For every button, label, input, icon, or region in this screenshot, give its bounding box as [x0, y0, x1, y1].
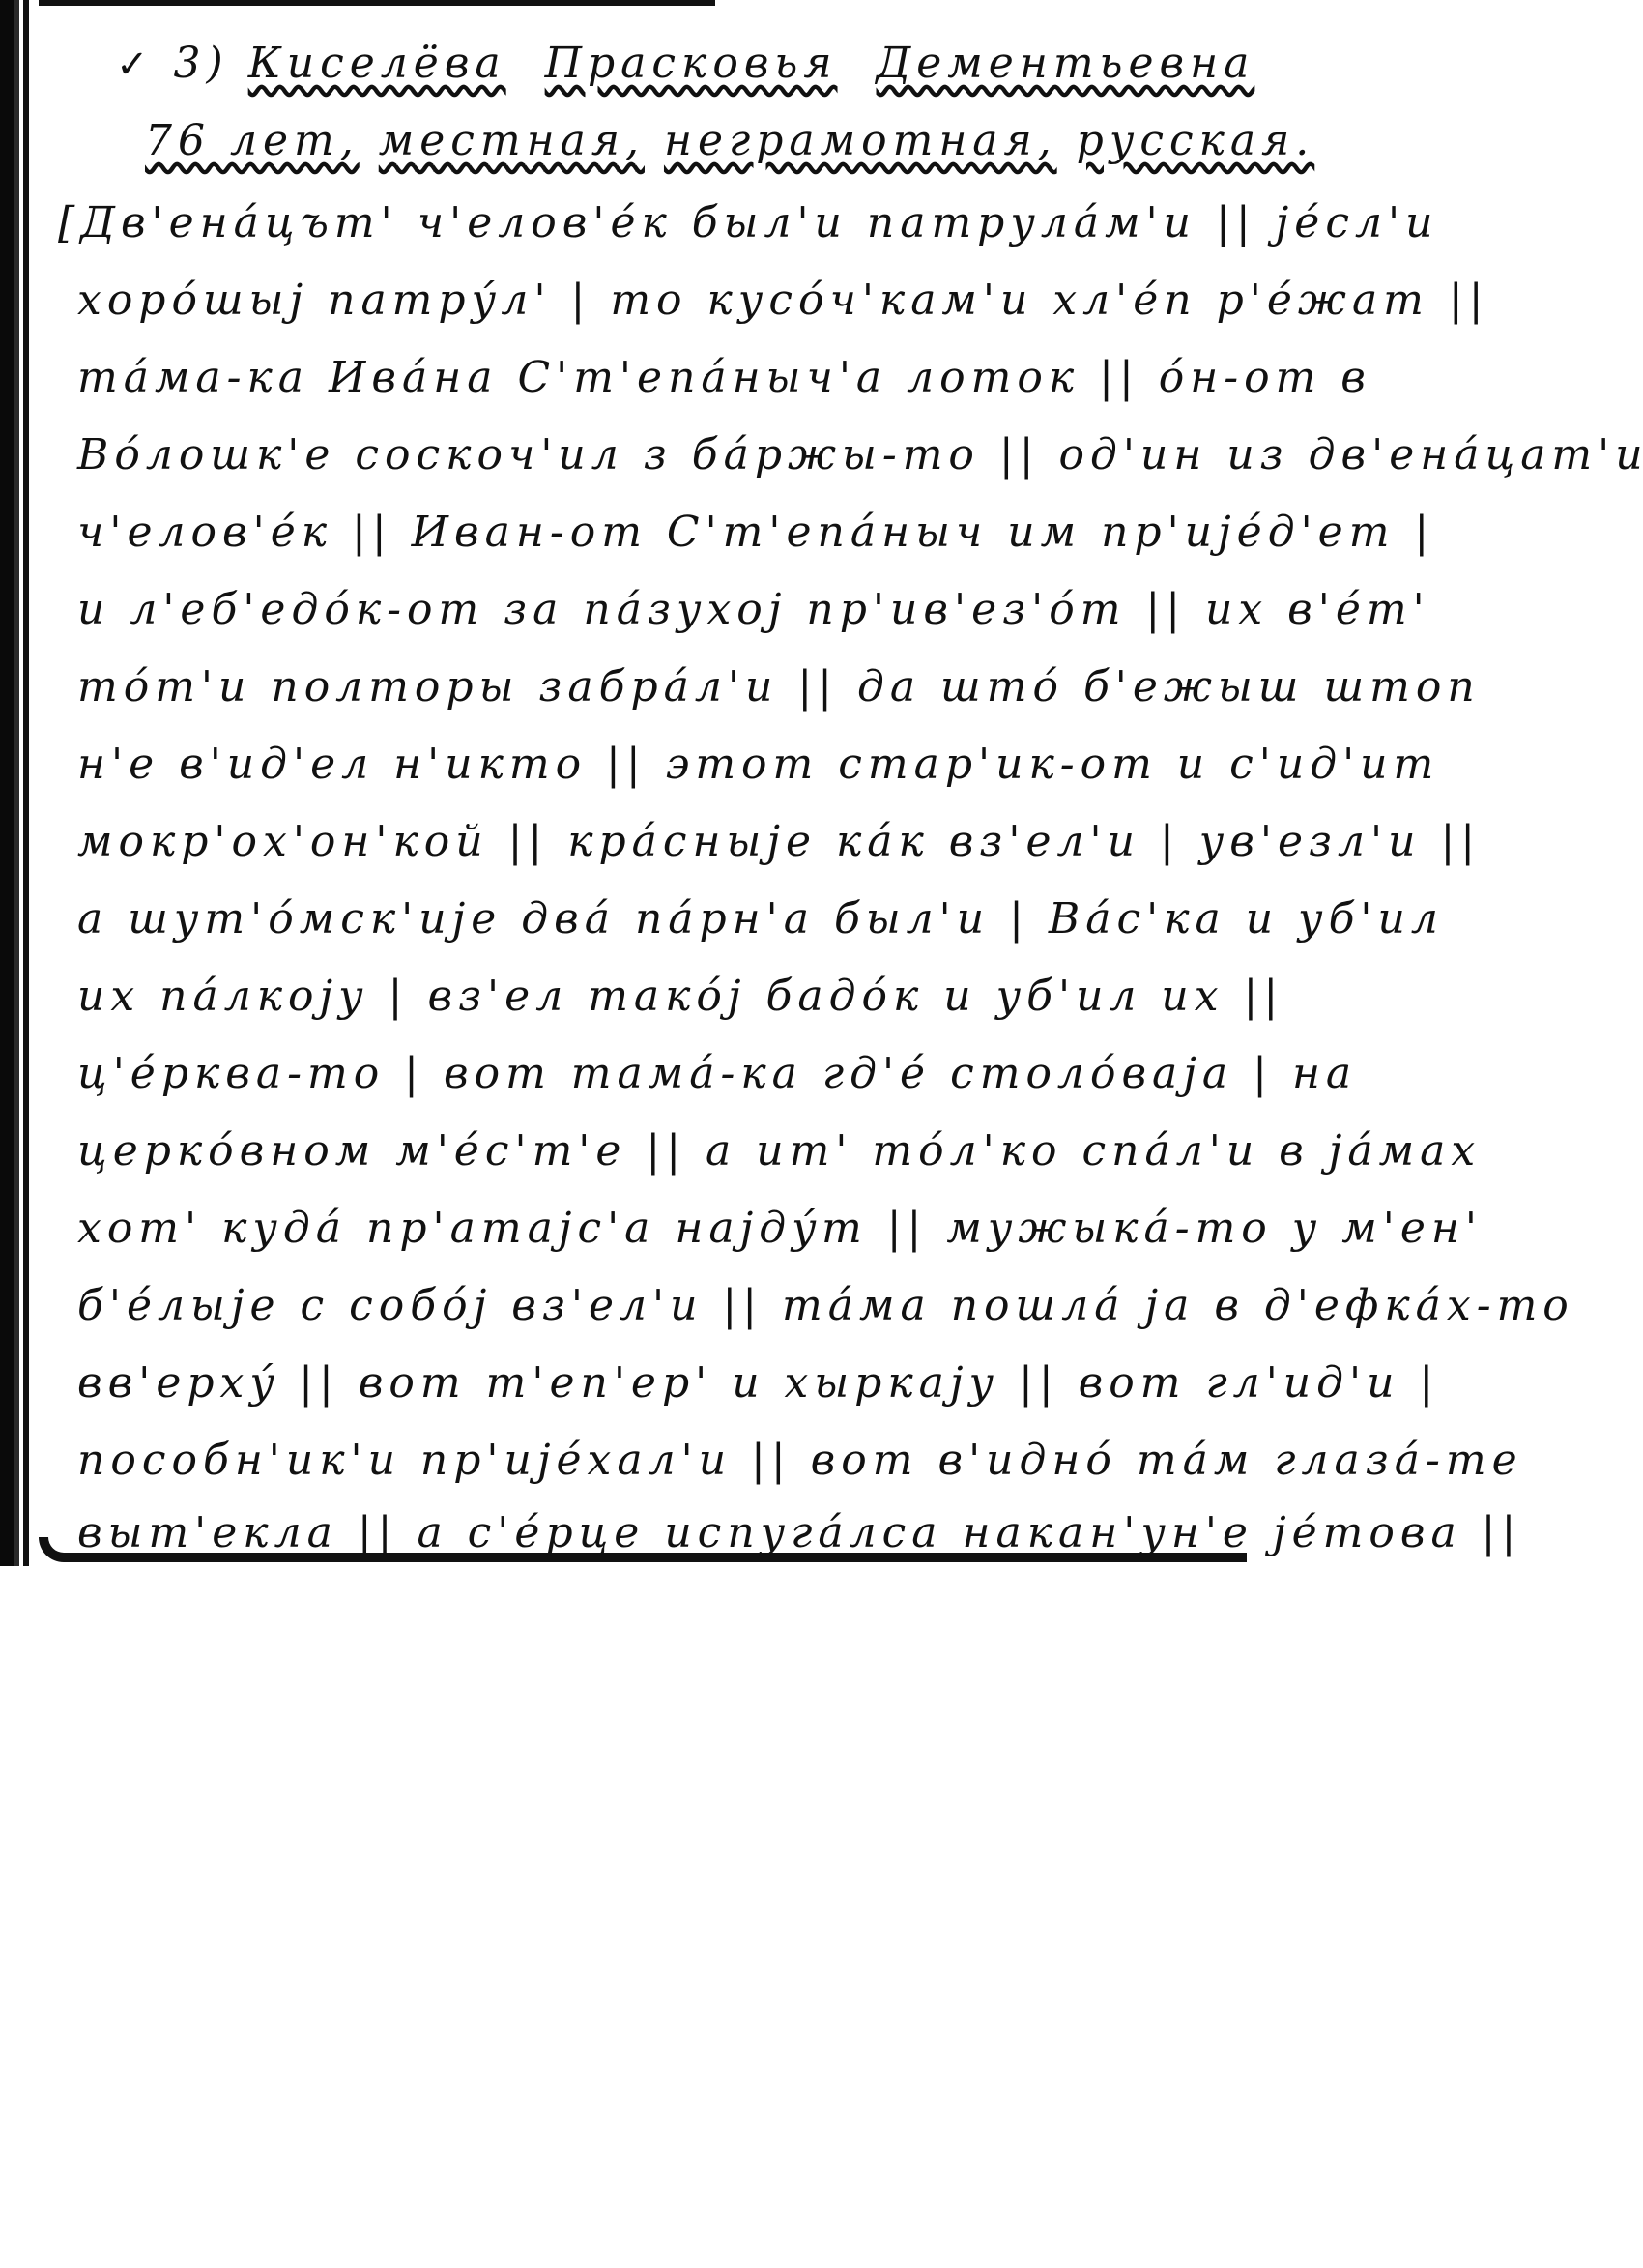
text-line: [Дв'енáцът' ч'елов'éк был'и патрулáм'и |…: [58, 198, 1438, 247]
text-line: хорóшыj патрýл' | то кусóч'кам'и хл'éп р…: [77, 276, 1489, 325]
text-line: а шут'óмск'иjе двá пáрн'а был'и | Вáс'ка…: [77, 894, 1444, 944]
text-line: церкóвном м'éс'т'е || а ит' тóл'ко спáл'…: [77, 1126, 1481, 1176]
text-line: ц'éрква-то | вот тамá-ка гд'é столóваjа …: [77, 1049, 1357, 1098]
informant-header: ✓ 3) Киселёва Прасковья Дементьевна: [116, 39, 1254, 88]
informant-given-name: Прасковья: [545, 39, 838, 88]
check-mark-icon: ✓: [116, 43, 155, 87]
informant-nationality: русская.: [1077, 116, 1315, 165]
informant-patronymic: Дементьевна: [877, 39, 1255, 88]
text-line: мокр'ох'он'кой || крáсныjе кáк вз'ел'и |…: [77, 817, 1481, 866]
text-line: выт'екла || а с'éрце испугáлса накан'ун'…: [77, 1508, 1521, 1557]
text-line: хот' кудá пр'атаjс'а наjдýт || мужыкá-то…: [77, 1204, 1483, 1253]
text-line: Вóлошк'е соскоч'ил з бáржы-то || од'ин и…: [77, 430, 1643, 480]
text-line: вв'ерхý || вот т'еп'ер' и хыркаjу || вот…: [77, 1358, 1439, 1408]
informant-origin: местная,: [379, 116, 645, 165]
text-line: б'éлыjе с собój вз'ел'и || тáма пошлá jа…: [77, 1281, 1574, 1330]
text-line: тáма-ка Ивáна С'т'епáныч'а лоток || óн-о…: [77, 353, 1371, 402]
text-line: пособн'ик'и пр'иjéхал'и || вот в'иднó тá…: [77, 1436, 1523, 1485]
entry-number: 3): [174, 39, 229, 88]
informant-age: 76 лет,: [145, 116, 360, 165]
text-line: тóт'и полторы забрáл'и || да штó б'ежыш …: [77, 662, 1481, 712]
page-top-edge: [39, 0, 715, 6]
text-line: ч'елов'éк || Иван-от С'т'епáныч им пр'иj…: [77, 508, 1434, 557]
manuscript-page: ✓ 3) Киселёва Прасковья Дементьевна 76 л…: [0, 0, 1643, 2268]
informant-surname: Киселёва: [248, 39, 506, 88]
informant-literacy: неграмотная,: [664, 116, 1057, 165]
page-left-shadow: [0, 0, 39, 1566]
informant-info: 76 лет, местная, неграмотная, русская.: [145, 116, 1314, 165]
text-line: их пáлкоjу | вз'ел такój бадóк и уб'ил и…: [77, 972, 1283, 1021]
text-line: и л'еб'едóк-от за пáзухоj пр'ив'ез'óт ||…: [77, 585, 1430, 634]
text-line: н'е в'ид'ел н'икто || этот стар'ик-от и …: [77, 740, 1439, 789]
